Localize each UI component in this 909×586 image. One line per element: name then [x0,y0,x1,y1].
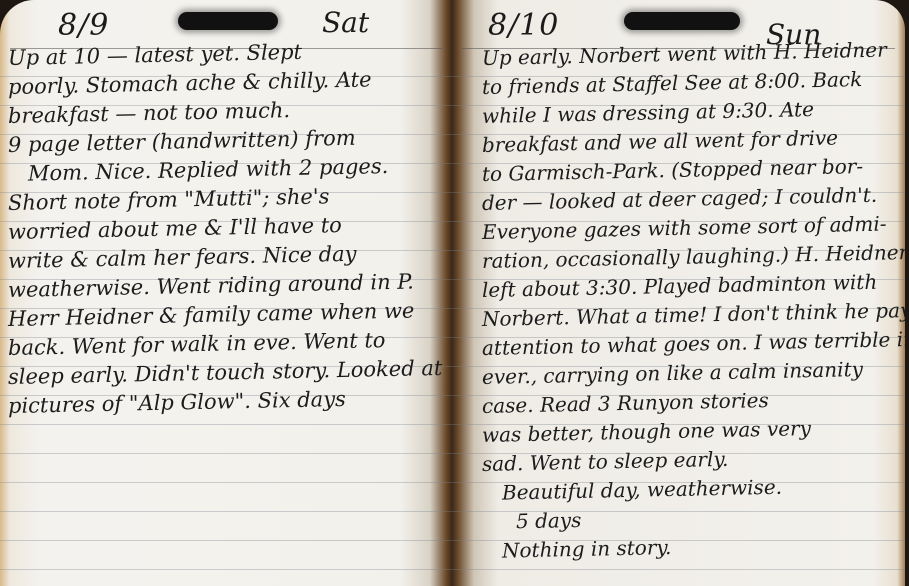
ink-blot [624,12,740,30]
diary-spread: 8/9 Sat Up at 10 — latest yet. Slept poo… [0,0,909,586]
right-page-entry: Up early. Norbert went with H. Heidner t… [482,44,899,566]
right-page: 8/10 Sun Up early. Norbert went with H. … [452,0,905,586]
right-page-date: 8/10 [488,8,559,43]
left-page-weekday: Sat [322,6,369,39]
left-page: 8/9 Sat Up at 10 — latest yet. Slept poo… [0,0,452,586]
ink-blot [178,12,278,30]
left-page-entry: Up at 10 — latest yet. Slept poorly. Sto… [8,44,446,421]
left-page-date: 8/9 [58,8,109,43]
